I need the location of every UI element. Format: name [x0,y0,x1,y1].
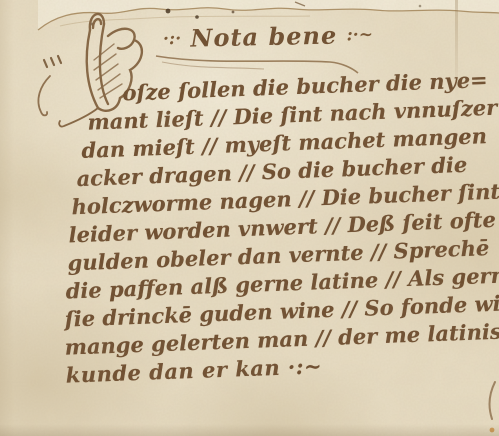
heading-ornament-left: ·:· [163,29,182,49]
right-edge-pen-stroke-icon [486,380,498,436]
heading-title: Nota bene [190,21,337,53]
manuscript-text: oſze ſollen die bucher die nye= mant lie… [50,66,499,390]
manuscript-page: ·:· Nota bene :·~ oſze ſollen die bucher… [0,0,499,436]
heading-ornament-right: :·~ [346,25,373,46]
margin-ticks-icon [44,56,61,67]
page-heading: ·:· Nota bene :·~ [148,19,389,53]
margin-flourish-icon [38,76,50,115]
